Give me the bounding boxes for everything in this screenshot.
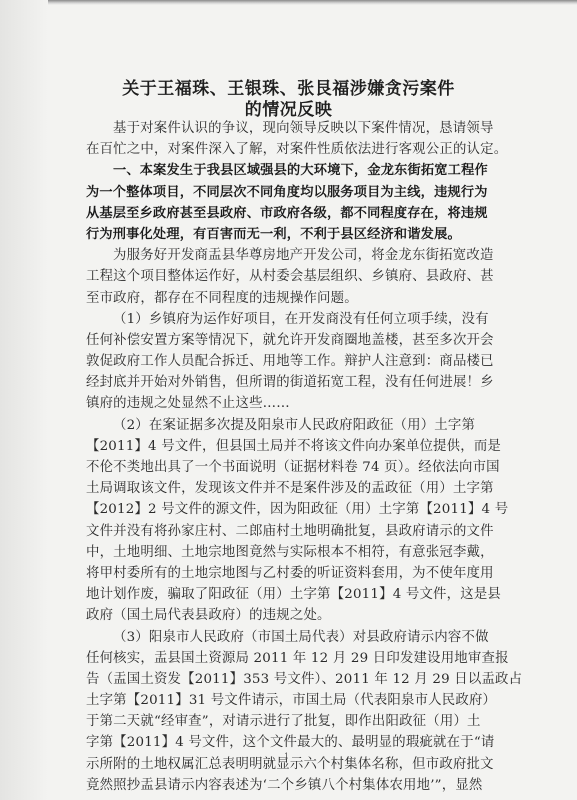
section-heading-line: 行为刑事化处理，有百害而无一利，不利于县区经济和谐发展。 bbox=[86, 224, 496, 245]
item-1-line: （1）乡镇府为运作好项目，在开发商没有任何立项手续，没有 bbox=[86, 309, 496, 330]
page-number: 1 bbox=[284, 752, 289, 761]
section-heading-line: 一、本案发生于我县区域强县的大环境下，金龙东街拓宽工程作 bbox=[86, 160, 496, 181]
item-2-line: 地计划作废，骗取了阳政征（用）土字第【2011】4 号文件，这是县 bbox=[86, 584, 496, 605]
item-2-line: 将甲村委所有的土地宗地图与乙村委的听证资料套用，为不使年度用 bbox=[86, 563, 496, 584]
item-3-line: 竟然照抄盂县请示内容表述为‘二个乡镇八个村集体农用地’”，显然 bbox=[86, 775, 496, 796]
body-line: 至市政府，都存在不同程度的违规操作问题。 bbox=[86, 288, 496, 309]
item-1-line: 任何补偿安置方案等情况下，就允许开发商圈地盖楼，甚至多次开会 bbox=[86, 330, 496, 351]
item-3-line: 字第【2011】4 号文件，这个文件最大的、最明显的瑕疵就在于“请 bbox=[86, 732, 496, 753]
document-page: 关于王福珠、王银珠、张艮福涉嫌贪污案件 的情况反映 基于对案件认识的争议，现向领… bbox=[0, 0, 577, 800]
item-3-line: 于第二天就“经审查”，对请示进行了批复，即作出阳政征（用）土 bbox=[86, 711, 496, 732]
item-2-line: （2）在案证据多次提及阳泉市人民政府阳政征（用）土字第 bbox=[86, 415, 496, 436]
item-2-line: 不伦不类地出具了一个书面说明（证据材料卷 74 页）。经依法向市国 bbox=[86, 457, 496, 478]
item-2-line: 【2012】2 号文件的源文件，因为阳政征（用）土字第【2011】4 号 bbox=[86, 499, 496, 520]
item-3-line: 告（盂国土资发【2011】353 号文件）、2011 年 12 月 29 日以盂… bbox=[86, 669, 496, 690]
section-heading-line: 从基层至乡政府甚至县政府、市政府各级，都不同程度存在，将违规 bbox=[86, 203, 496, 224]
item-3-line: 土字第【2011】31 号文件请示，市国土局（代表阳泉市人民政府） bbox=[86, 690, 496, 711]
item-2-line: 土局调取该文件，发现该文件并不是案件涉及的盂政征（用）土字第 bbox=[86, 478, 496, 499]
document-body: 基于对案件认识的争议，现向领导反映以下案件情况，恳请领导 在百忙之中，对案件深入… bbox=[86, 118, 496, 796]
item-1-line: 经封底并开始对外销售，但所谓的街道拓宽工程，没有任何进展！乡 bbox=[86, 372, 496, 393]
item-2-line: 【2011】4 号文件，但县国土局并不将该文件向办案单位提供，而是 bbox=[86, 436, 496, 457]
body-line: 为服务好开发商盂县华尊房地产开发公司，将金龙东街拓宽改造 bbox=[86, 245, 496, 266]
item-2-line: 政府（国土局代表县政府）的违规之处。 bbox=[86, 605, 496, 626]
item-1-line: 镇府的违规之处显然不止这些…… bbox=[86, 393, 496, 414]
item-3-line: （3）阳泉市人民政府（市国土局代表）对县政府请示内容不做 bbox=[86, 627, 496, 648]
item-1-line: 敦促政府工作人员配合拆迁、用地等工作。辩护人注意到：商品楼已 bbox=[86, 351, 496, 372]
section-heading-line: 为一个整体项目，不同层次不同角度均以服务项目为主线，违规行为 bbox=[86, 182, 496, 203]
intro-line: 在百忙之中，对案件深入了解，对案件性质依法进行客观公正的认定。 bbox=[86, 139, 496, 160]
item-3-line: 示所附的土地权属汇总表明明就显示六个村集体名称，但市政府批文 bbox=[86, 754, 496, 775]
item-3-line: 任何核实，盂县国土资源局 2011 年 12 月 29 日印发建设用地审查报 bbox=[86, 648, 496, 669]
intro-line: 基于对案件认识的争议，现向领导反映以下案件情况，恳请领导 bbox=[86, 118, 496, 139]
item-2-line: 文件并没有将孙家庄村、二郎庙村土地明确批复，县政府请示的文件 bbox=[86, 521, 496, 542]
item-2-line: 中，土地明细、土地宗地图竟然与实际根本不相符，有意张冠李戴， bbox=[86, 542, 496, 563]
body-line: 工程这个项目整体运作好，从村委会基层组织、乡镇府、县政府、甚 bbox=[86, 266, 496, 287]
document-title-line-2: 的情况反映 bbox=[0, 95, 577, 120]
